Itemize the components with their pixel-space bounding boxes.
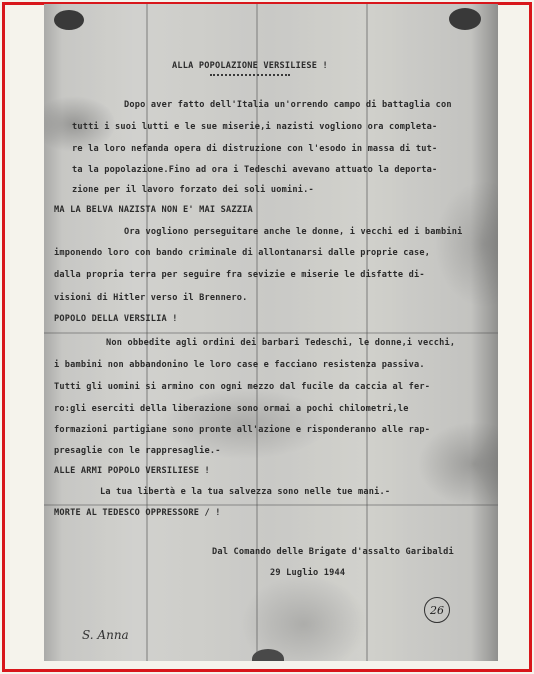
text-line: ro:gli eserciti della liberazione sono o… [54, 404, 409, 414]
document-date: 29 Luglio 1944 [270, 568, 345, 578]
text-line: presaglie con le rappresaglie.- [54, 446, 221, 456]
text-line: i bambini non abbandonino le loro case e… [54, 360, 425, 370]
document-title: ALLA POPOLAZIONE VERSILIESE ! [172, 61, 328, 71]
heading-line: ALLE ARMI POPOLO VERSILIESE ! [54, 466, 210, 476]
text-line: La tua libertà e la tua salvezza sono ne… [100, 487, 390, 497]
historical-document-photo: ALLA POPOLAZIONE VERSILIESE ! Dopo aver … [44, 4, 498, 661]
signature-line: Dal Comando delle Brigate d'assalto Gari… [212, 547, 454, 557]
fold-crease [44, 504, 498, 506]
handwritten-note: S. Anna [82, 628, 129, 642]
text-line: zione per il lavoro forzato dei soli uom… [72, 185, 314, 195]
fold-crease [44, 332, 498, 334]
heading-line: POPOLO DELLA VERSILIA ! [54, 314, 178, 324]
pin-hole-icon [54, 10, 84, 30]
heading-line: MORTE AL TEDESCO OPPRESSORE / ! [54, 508, 221, 518]
title-underline [210, 74, 290, 76]
text-line: imponendo loro con bando criminale di al… [54, 248, 430, 258]
text-line: tutti i suoi lutti e le sue miserie,i na… [72, 122, 437, 132]
pin-hole-icon [449, 8, 481, 30]
text-line: dalla propria terra per seguire fra sevi… [54, 270, 425, 280]
text-line: visioni di Hitler verso il Brennero. [54, 293, 247, 303]
text-line: ta la popolazione.Fino ad ora i Tedeschi… [72, 165, 437, 175]
heading-line: MA LA BELVA NAZISTA NON E' MAI SAZZIA [54, 205, 253, 215]
pin-hole-icon [252, 649, 284, 661]
text-line: re la loro nefanda opera di distruzione … [72, 144, 437, 154]
archive-stamp: 26 [424, 597, 450, 623]
text-line: Ora vogliono perseguitare anche le donne… [124, 227, 463, 237]
text-line: formazioni partigiane sono pronte all'az… [54, 425, 430, 435]
text-line: Dopo aver fatto dell'Italia un'orrendo c… [124, 100, 452, 110]
text-line: Non obbedite agli ordini dei barbari Ted… [106, 338, 455, 348]
text-line: Tutti gli uomini si armino con ogni mezz… [54, 382, 430, 392]
